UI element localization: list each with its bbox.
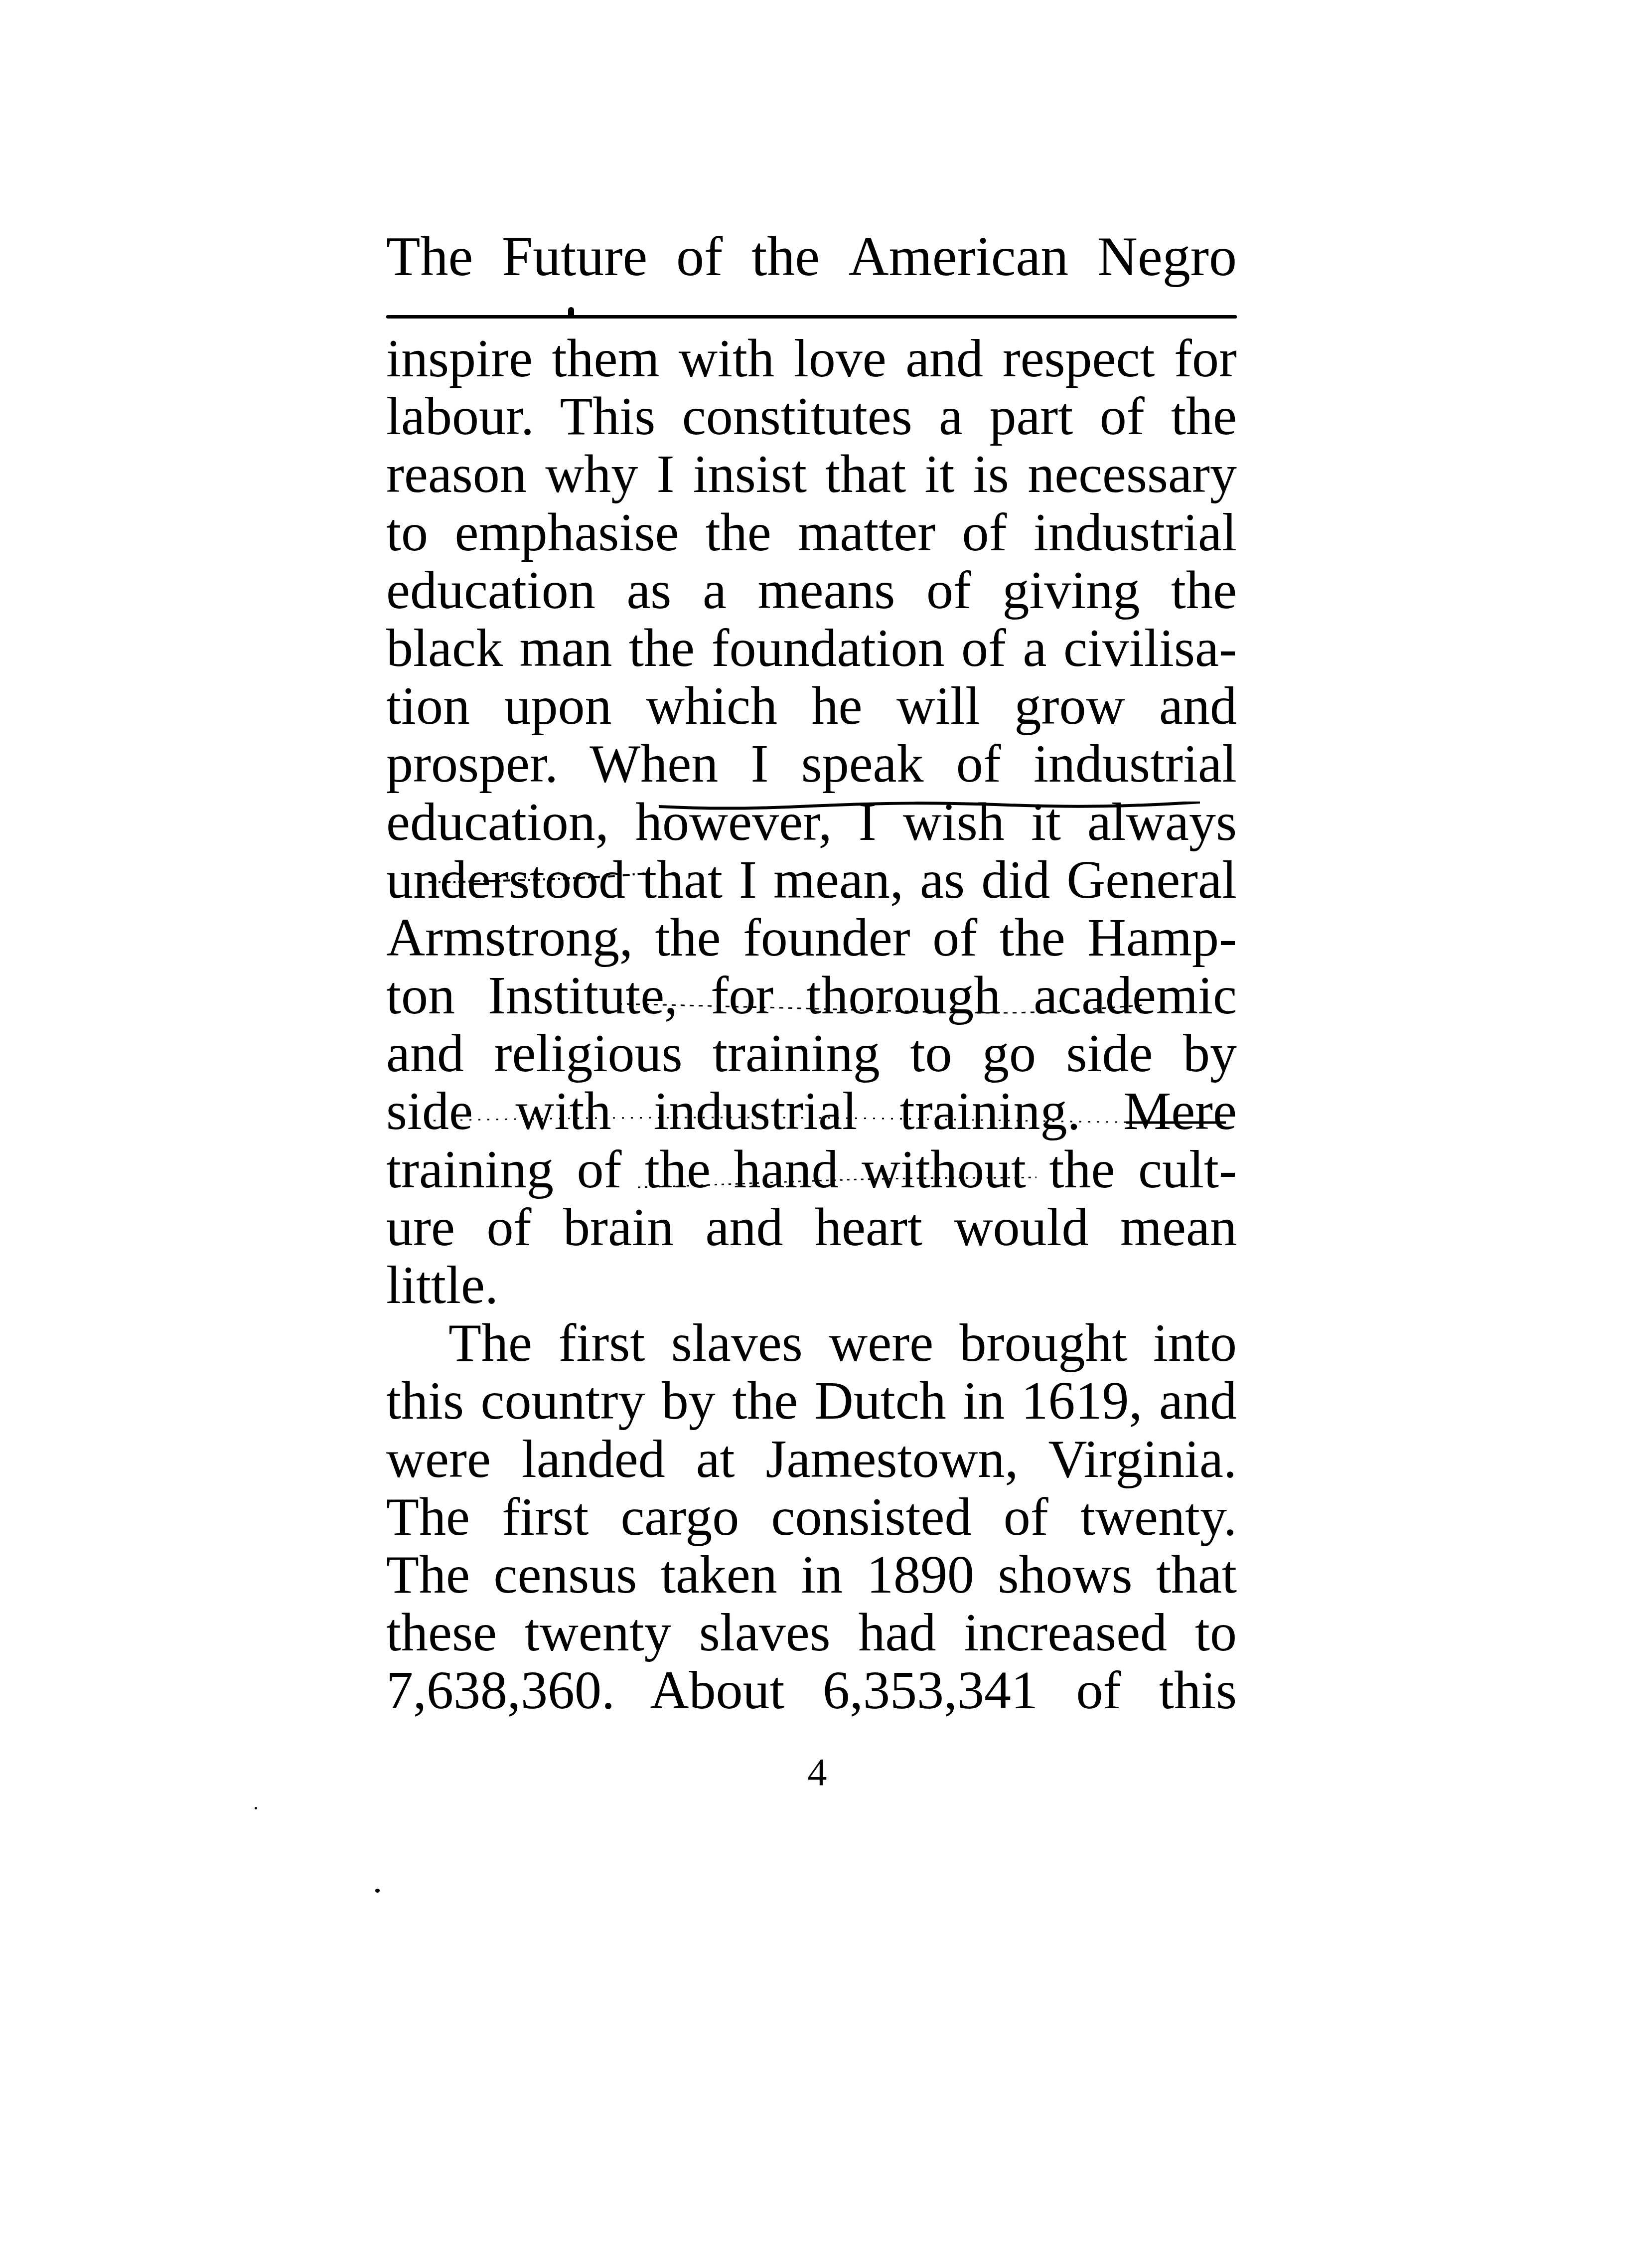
running-head-word: the	[751, 219, 820, 294]
text-line-paragraph-end: little.	[386, 1257, 1237, 1314]
running-head-word: Future	[502, 219, 647, 294]
scan-speck	[375, 1889, 380, 1893]
text-line: these twenty slaves had increased to	[386, 1604, 1237, 1662]
running-head-word: of	[676, 219, 723, 294]
header-rule-mark	[568, 307, 574, 316]
text-line: prosper. When I speak of industrial	[386, 735, 1237, 793]
text-line: ure of brain and heart would mean	[386, 1199, 1237, 1257]
text-line: 7,638,360. About 6,353,341 of this	[386, 1662, 1237, 1720]
running-head-title: The Future of the American Negro	[386, 219, 1237, 294]
text-line: The first cargo consisted of twenty.	[386, 1488, 1237, 1546]
body-text: inspire them with love and respect for l…	[386, 330, 1237, 1720]
text-line: reason why I insist that it is necessary	[386, 446, 1237, 503]
text-line: and religious training to go side by	[386, 1025, 1237, 1083]
pencil-dotted-underline-mark	[638, 1176, 1036, 1191]
text-line: to emphasise the matter of industrial	[386, 504, 1237, 562]
text-line: labour. This constitutes a part of the	[386, 388, 1237, 446]
pencil-strike-mark	[424, 871, 648, 886]
pencil-underline-mark	[659, 802, 1200, 810]
text-line: tion upon which he will grow and	[386, 677, 1237, 735]
text-line: The census taken in 1890 shows that	[386, 1546, 1237, 1604]
text-line: Armstrong, the founder of the Hamp-	[386, 909, 1237, 967]
book-page: The Future of the American Negro inspire…	[0, 0, 1628, 2268]
running-head-word: The	[386, 219, 473, 294]
text-line: black man the foundation of a civilisa-	[386, 620, 1237, 677]
page-number: 4	[792, 1747, 842, 1797]
text-line-paragraph-start: The first slaves were brought into	[386, 1314, 1237, 1372]
text-line: this country by the Dutch in 1619, and	[386, 1372, 1237, 1430]
pencil-dotted-overline-mark	[434, 1117, 1231, 1136]
running-head-word: American	[849, 219, 1069, 294]
text-line: inspire them with love and respect for	[386, 330, 1237, 388]
text-line: were landed at Jamestown, Virginia.	[386, 1431, 1237, 1488]
text-line: education as a means of giving the	[386, 562, 1237, 620]
running-head-word: Negro	[1097, 219, 1237, 294]
header-rule	[386, 315, 1237, 319]
pencil-dotted-underline-mark	[618, 1002, 1166, 1017]
scan-speck	[255, 1807, 257, 1809]
